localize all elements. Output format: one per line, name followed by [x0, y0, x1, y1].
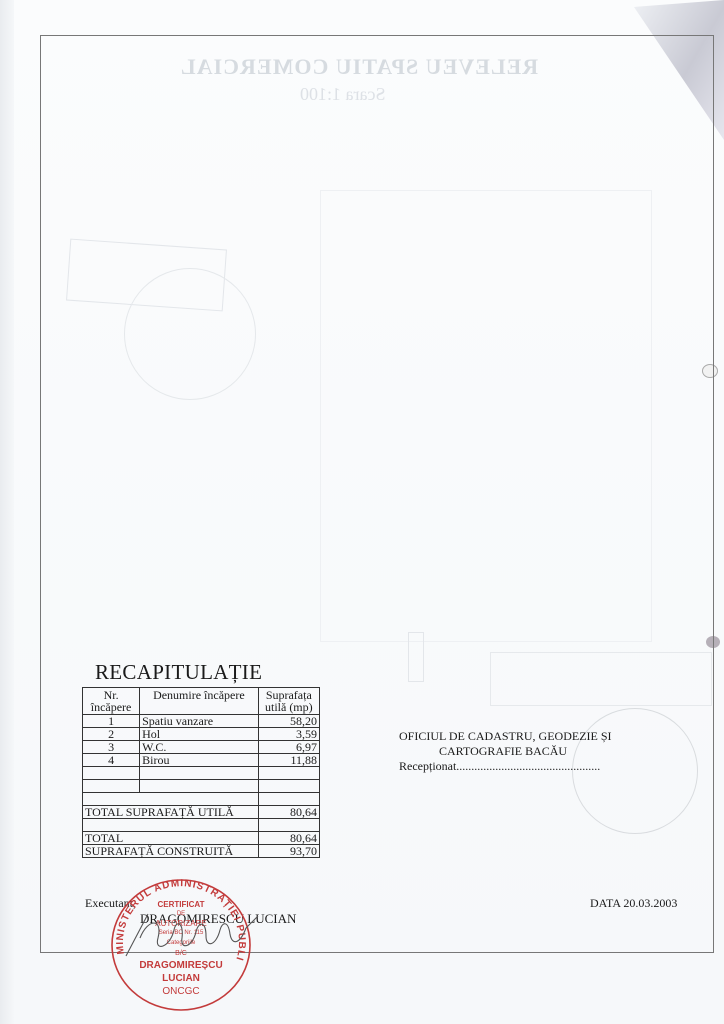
cell-name: Hol: [140, 728, 259, 741]
recap-title: RECAPITULAȚIE: [95, 660, 262, 685]
cell-area: 11,88: [258, 754, 319, 767]
cell-nr: 4: [83, 754, 140, 767]
cell-area: 58,20: [258, 715, 319, 728]
header-name: Denumire încăpere: [140, 688, 259, 715]
ghost-stamp-rect-2: [490, 652, 712, 706]
constructed-label: SUPRAFAȚĂ CONSTRUITĂ: [83, 845, 259, 858]
cell-name: Spatiu vanzare: [140, 715, 259, 728]
ghost-subtitle: Scara 1:100: [300, 84, 385, 105]
cell-nr: 3: [83, 741, 140, 754]
cell-area: 3,59: [258, 728, 319, 741]
recap-table: Nr. încăpere Denumire încăpere Suprafața…: [82, 687, 320, 858]
cell-area: 6,97: [258, 741, 319, 754]
ghost-title: RELEVEU SPATIU COMERCIAL: [180, 54, 538, 80]
office-line-2: CARTOGRAFIE BACĂU: [399, 744, 612, 759]
signature-icon: [118, 908, 268, 958]
total-util-value: 80,64: [258, 806, 319, 819]
page-left-edge: [0, 0, 14, 1024]
header-area: Suprafața utilă (mp): [258, 688, 319, 715]
total-label: TOTAL: [83, 832, 259, 845]
stamp-line-8: LUCIAN: [110, 973, 252, 984]
stamp-line-7: DRAGOMIREȘCU: [110, 960, 252, 971]
table-row: 3 W.C. 6,97: [83, 741, 320, 754]
stamp-line-9: ONCGC: [110, 986, 252, 997]
constructed-value: 93,70: [258, 845, 319, 858]
total-util-label: TOTAL SUPRAFAȚĂ UTILĂ: [83, 806, 259, 819]
ghost-stamp-circle: [124, 268, 256, 400]
total-value: 80,64: [258, 832, 319, 845]
empty-row: [83, 819, 320, 832]
scanned-page: RELEVEU SPATIU COMERCIAL Scara 1:100 REC…: [0, 0, 724, 1024]
office-block: OFICIUL DE CADASTRU, GEODEZIE ȘI CARTOGR…: [399, 729, 612, 774]
total-util-row: TOTAL SUPRAFAȚĂ UTILĂ 80,64: [83, 806, 320, 819]
header-nr: Nr. încăpere: [83, 688, 140, 715]
cell-name: Birou: [140, 754, 259, 767]
constructed-row: SUPRAFAȚĂ CONSTRUITĂ 93,70: [83, 845, 320, 858]
ghost-floor-plan: [320, 190, 652, 642]
table-row: 2 Hol 3,59: [83, 728, 320, 741]
empty-row: [83, 793, 320, 806]
empty-row: [83, 780, 320, 793]
total-row: TOTAL 80,64: [83, 832, 320, 845]
table-header-row: Nr. încăpere Denumire încăpere Suprafața…: [83, 688, 320, 715]
cell-nr: 2: [83, 728, 140, 741]
cell-nr: 1: [83, 715, 140, 728]
received-line: Recepționat.............................…: [399, 759, 612, 774]
document-date: DATA 20.03.2003: [590, 896, 677, 911]
ghost-box: [408, 632, 424, 682]
empty-row: [83, 767, 320, 780]
cell-name: W.C.: [140, 741, 259, 754]
table-row: 1 Spatiu vanzare 58,20: [83, 715, 320, 728]
table-row: 4 Birou 11,88: [83, 754, 320, 767]
office-line-1: OFICIUL DE CADASTRU, GEODEZIE ȘI: [399, 729, 612, 744]
